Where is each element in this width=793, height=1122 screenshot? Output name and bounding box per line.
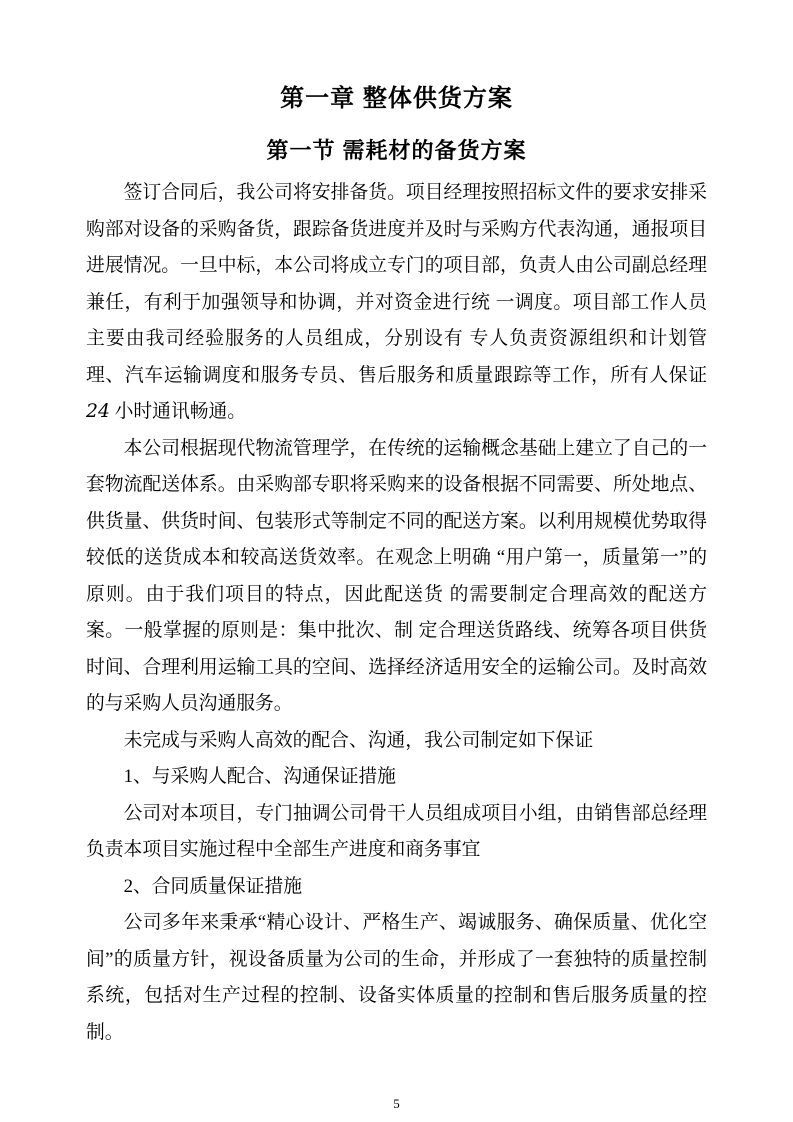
list-item-quality-measures: 2、合同质量保证措施 bbox=[86, 869, 707, 906]
paragraph-quality-policy: 公司多年来秉承“精心设计、严格生产、竭诚服务、确保质量、优化空间”的质量方针，视… bbox=[86, 905, 707, 1051]
paragraph-text: 小时通讯畅通。 bbox=[110, 401, 246, 422]
section-title: 第一节 需耗材的备货方案 bbox=[86, 137, 707, 164]
body-text: 签订合同后，我公司将安排备货。项目经理按照招标文件的要求安排采购部对设备的采购备… bbox=[86, 175, 707, 1051]
document-content: 第一章 整体供货方案 第一节 需耗材的备货方案 签订合同后，我公司将安排备货。项… bbox=[0, 0, 793, 1051]
hours-figure: 24 bbox=[86, 401, 110, 422]
chapter-title: 第一章 整体供货方案 bbox=[86, 0, 707, 114]
list-item-cooperation-measures: 1、与采购人配合、沟通保证措施 bbox=[86, 759, 707, 796]
paragraph-logistics-system: 本公司根据现代物流管理学，在传统的运输概念基础上建立了自己的一套物流配送体系。由… bbox=[86, 431, 707, 723]
paragraph-text: 签订合同后，我公司将安排备货。项目经理按照招标文件的要求安排采购部对设备的采购备… bbox=[86, 182, 707, 386]
paragraph-guarantee-intro: 未完成与采购人高效的配合、沟通，我公司制定如下保证 bbox=[86, 723, 707, 760]
page-number: 5 bbox=[0, 1096, 793, 1112]
paragraph-stocking-arrangement: 签订合同后，我公司将安排备货。项目经理按照招标文件的要求安排采购部对设备的采购备… bbox=[86, 175, 707, 431]
paragraph-project-team: 公司对本项目，专门抽调公司骨干人员组成项目小组，由销售部总经理负责本项目实施过程… bbox=[86, 796, 707, 869]
document-page: 第一章 整体供货方案 第一节 需耗材的备货方案 签订合同后，我公司将安排备货。项… bbox=[0, 0, 793, 1122]
